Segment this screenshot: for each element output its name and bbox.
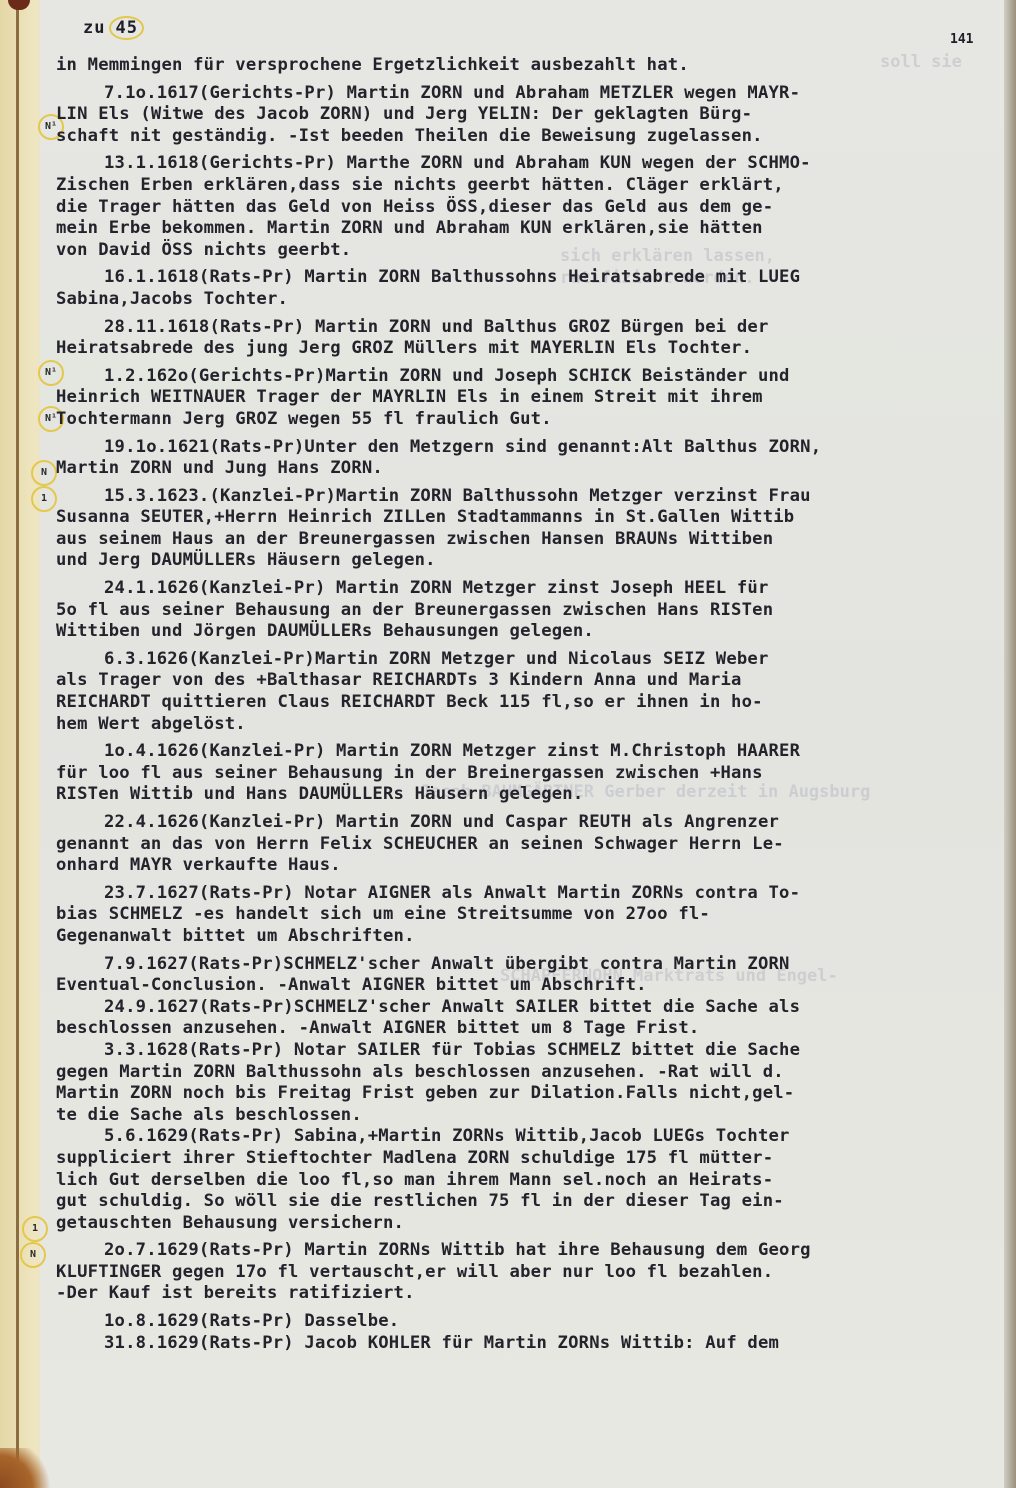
record-entry: 3.3.1628(Rats-Pr) Notar SAILER für Tobia… <box>56 1040 976 1126</box>
margin-mark: 1 <box>22 1216 48 1242</box>
entry-heading-line: 3.3.1628(Rats-Pr) Notar SAILER für Tobia… <box>56 1040 976 1062</box>
page-ref-number: 45 <box>109 16 143 40</box>
entry-line: 5o fl aus seiner Behausung an der Breune… <box>56 600 976 622</box>
entry-heading-line: 31.8.1629(Rats-Pr) Jacob KOHLER für Mart… <box>56 1333 976 1355</box>
record-entry: 7.9.1627(Rats-Pr)SCHMELZ'scher Anwalt üb… <box>56 954 976 997</box>
record-entry: 15.3.1623.(Kanzlei-Pr)Martin ZORN Balthu… <box>56 486 976 572</box>
entry-heading-line: 2o.7.1629(Rats-Pr) Martin ZORNs Wittib h… <box>56 1240 976 1262</box>
record-entry: 31.8.1629(Rats-Pr) Jacob KOHLER für Mart… <box>56 1333 976 1355</box>
entry-heading-line: 1.2.162o(Gerichts-Pr)Martin ZORN und Jos… <box>56 366 976 388</box>
record-entry: 28.11.1618(Rats-Pr) Martin ZORN und Balt… <box>56 317 976 360</box>
entry-line: die Trager hätten das Geld von Heiss ÖSS… <box>56 197 976 219</box>
record-entry: 5.6.1629(Rats-Pr) Sabina,+Martin ZORNs W… <box>56 1126 976 1234</box>
record-entry: 24.1.1626(Kanzlei-Pr) Martin ZORN Metzge… <box>56 578 976 643</box>
entry-heading-line: 1o.4.1626(Kanzlei-Pr) Martin ZORN Metzge… <box>56 741 976 763</box>
entry-line: Tochtermann Jerg GROZ wegen 55 fl frauli… <box>56 409 976 431</box>
entry-line: mein Erbe bekommen. Martin ZORN und Abra… <box>56 218 976 240</box>
page-ref-prefix: zu <box>83 18 105 38</box>
entry-line: hem Wert abgelöst. <box>56 714 976 736</box>
entry-line: als Trager von des +Balthasar REICHARDTs… <box>56 670 976 692</box>
page-edge <box>1004 0 1016 1488</box>
entry-line: Susanna SEUTER,+Herrn Heinrich ZILLen St… <box>56 507 976 529</box>
book-spine <box>16 0 19 1488</box>
record-entry: 19.1o.1621(Rats-Pr)Unter den Metzgern si… <box>56 437 976 480</box>
record-entry: 13.1.1618(Gerichts-Pr) Marthe ZORN und A… <box>56 153 976 261</box>
record-entry: 16.1.1618(Rats-Pr) Martin ZORN Balthusso… <box>56 267 976 310</box>
record-entry: 24.9.1627(Rats-Pr)SCHMELZ'scher Anwalt S… <box>56 997 976 1040</box>
entry-line: Heiratsabrede des jung Jerg GROZ Müllers… <box>56 338 976 360</box>
entry-heading-line: 7.9.1627(Rats-Pr)SCHMELZ'scher Anwalt üb… <box>56 954 976 976</box>
entry-line: beschlossen anzusehen. -Anwalt AIGNER bi… <box>56 1018 976 1040</box>
entry-heading-line: 19.1o.1621(Rats-Pr)Unter den Metzgern si… <box>56 437 976 459</box>
entry-heading-line: 23.7.1627(Rats-Pr) Notar AIGNER als Anwa… <box>56 883 976 905</box>
entry-line: Martin ZORN und Jung Hans ZORN. <box>56 458 976 480</box>
entry-line: aus seinem Haus an der Breunergassen zwi… <box>56 529 976 551</box>
entry-line: getauschten Behausung versichern. <box>56 1213 976 1235</box>
entry-heading-line: 24.1.1626(Kanzlei-Pr) Martin ZORN Metzge… <box>56 578 976 600</box>
entry-heading-line: 1o.8.1629(Rats-Pr) Dasselbe. <box>56 1311 976 1333</box>
page-reference: zu45 <box>83 16 144 40</box>
entry-line: und Jerg DAUMÜLLERs Häusern gelegen. <box>56 550 976 572</box>
entry-heading-line: 24.9.1627(Rats-Pr)SCHMELZ'scher Anwalt S… <box>56 997 976 1019</box>
entry-line: Sabina,Jacobs Tochter. <box>56 289 976 311</box>
record-entry: 6.3.1626(Kanzlei-Pr)Martin ZORN Metzger … <box>56 649 976 735</box>
record-entry: 23.7.1627(Rats-Pr) Notar AIGNER als Anwa… <box>56 883 976 948</box>
entry-line: genannt an das von Herrn Felix SCHEUCHER… <box>56 834 976 856</box>
entry-line: Eventual-Conclusion. -Anwalt AIGNER bitt… <box>56 975 976 997</box>
entry-line: suppliciert ihrer Stieftochter Madlena Z… <box>56 1148 976 1170</box>
margin-mark: N <box>20 1242 46 1268</box>
entry-line: Martin ZORN noch bis Freitag Frist geben… <box>56 1083 976 1105</box>
entry-line: onhard MAYR verkaufte Haus. <box>56 855 976 877</box>
entry-line: Gegenanwalt bittet um Abschriften. <box>56 926 976 948</box>
entry-line: schaft nit geständig. -Ist beeden Theile… <box>56 126 976 148</box>
entry-heading-line: 28.11.1618(Rats-Pr) Martin ZORN und Balt… <box>56 317 976 339</box>
entry-heading-line: 22.4.1626(Kanzlei-Pr) Martin ZORN und Ca… <box>56 812 976 834</box>
book-cover-corner <box>0 1448 60 1488</box>
entry-line: von David ÖSS nichts geerbt. <box>56 240 976 262</box>
entry-line: bias SCHMELZ -es handelt sich um eine St… <box>56 904 976 926</box>
entry-heading-line: 13.1.1618(Gerichts-Pr) Marthe ZORN und A… <box>56 153 976 175</box>
entry-heading-line: 5.6.1629(Rats-Pr) Sabina,+Martin ZORNs W… <box>56 1126 976 1148</box>
record-entry: 1o.4.1626(Kanzlei-Pr) Martin ZORN Metzge… <box>56 741 976 806</box>
entry-line: RISTen Wittib und Hans DAUMÜLLERs Häuser… <box>56 784 976 806</box>
entry-heading-line: 6.3.1626(Kanzlei-Pr)Martin ZORN Metzger … <box>56 649 976 671</box>
entry-heading-line: 16.1.1618(Rats-Pr) Martin ZORN Balthusso… <box>56 267 976 289</box>
continuation-paragraph: in Memmingen für versprochene Ergetzlich… <box>56 55 976 77</box>
document-body: in Memmingen für versprochene Ergetzlich… <box>56 55 976 1354</box>
entry-line: LIN Els (Witwe des Jacob ZORN) und Jerg … <box>56 104 976 126</box>
margin-mark: 1 <box>31 486 57 512</box>
record-entry: 2o.7.1629(Rats-Pr) Martin ZORNs Wittib h… <box>56 1240 976 1305</box>
entry-line: Zischen Erben erklären,dass sie nichts g… <box>56 175 976 197</box>
entry-line: te die Sache als beschlossen. <box>56 1105 976 1127</box>
entry-line: für loo fl aus seiner Behausung in der B… <box>56 763 976 785</box>
entry-line: gut schuldig. So wöll sie die restlichen… <box>56 1191 976 1213</box>
entry-heading-line: 7.1o.1617(Gerichts-Pr) Martin ZORN und A… <box>56 83 976 105</box>
record-entry: 1.2.162o(Gerichts-Pr)Martin ZORN und Jos… <box>56 366 976 431</box>
margin-mark: N <box>31 460 57 486</box>
record-entry: 7.1o.1617(Gerichts-Pr) Martin ZORN und A… <box>56 83 976 148</box>
entry-line: -Der Kauf ist bereits ratifiziert. <box>56 1283 976 1305</box>
entry-line: Heinrich WEITNAUER Trager der MAYRLIN El… <box>56 387 976 409</box>
entry-line: Wittiben und Jörgen DAUMÜLLERs Behausung… <box>56 621 976 643</box>
record-entry: 22.4.1626(Kanzlei-Pr) Martin ZORN und Ca… <box>56 812 976 877</box>
folio-number: 141 <box>950 32 973 47</box>
entry-line: in Memmingen für versprochene Ergetzlich… <box>56 55 976 77</box>
entry-line: gegen Martin ZORN Balthussohn als beschl… <box>56 1062 976 1084</box>
record-entry: 1o.8.1629(Rats-Pr) Dasselbe. <box>56 1311 976 1333</box>
entry-line: REICHARDT quittieren Claus REICHARDT Bec… <box>56 692 976 714</box>
entry-line: KLUFTINGER gegen 17o fl vertauscht,er wi… <box>56 1262 976 1284</box>
entry-heading-line: 15.3.1623.(Kanzlei-Pr)Martin ZORN Balthu… <box>56 486 976 508</box>
entry-line: lich Gut derselben die loo fl,so man ihr… <box>56 1170 976 1192</box>
